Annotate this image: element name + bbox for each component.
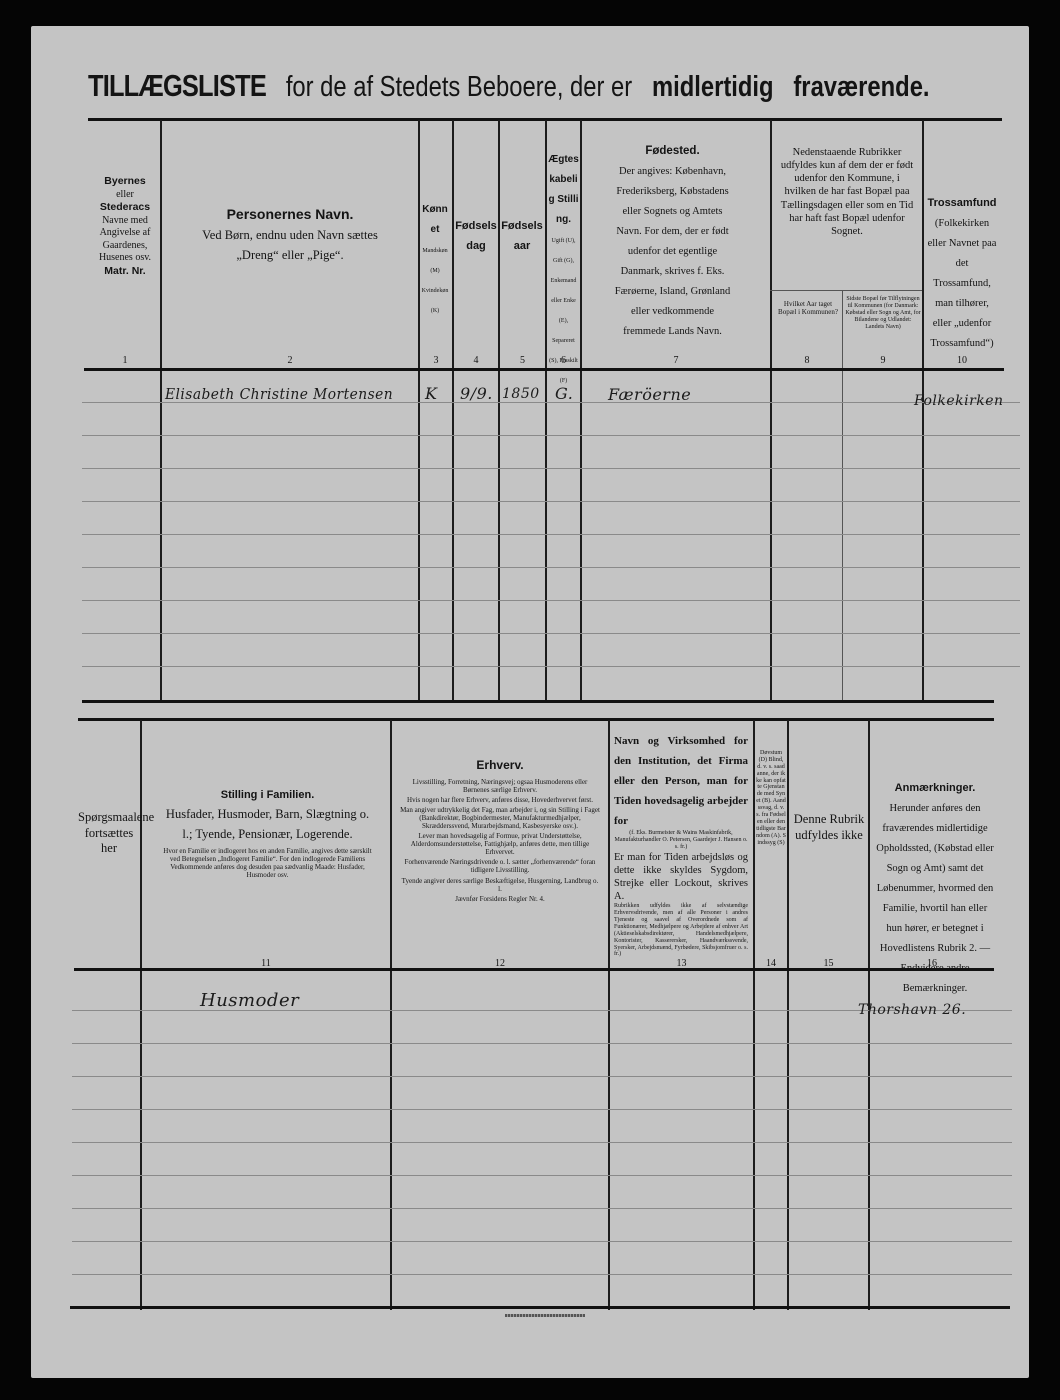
col6-header: Ægteskabelig Stilling. Ugift (U), Gift (…: [548, 148, 579, 388]
questions-continue-label: Spørgsmaalene fortsættes her: [78, 810, 140, 857]
col13-header: Navn og Virksomhed for den Institution, …: [614, 730, 748, 958]
title-bold-fravaerende: fraværende.: [793, 71, 929, 103]
row-line: [82, 600, 1020, 601]
group-8-9-divider: [770, 290, 922, 291]
col7-header: Fødested. Der angives: København, Freder…: [610, 140, 735, 340]
col8-header: Hvilket Aar taget Bopæl i Kommunen?: [776, 300, 840, 316]
col-number: 9: [844, 355, 922, 366]
col-divider: [608, 720, 610, 1310]
row-line: [82, 501, 1020, 502]
col-divider: [922, 120, 924, 700]
entry-family-position: Husmoder: [200, 990, 299, 1011]
col-divider: [160, 120, 162, 700]
col5-header: Fødselsaar: [501, 215, 543, 255]
row-line: [72, 1109, 1012, 1110]
col-number: 2: [162, 355, 418, 366]
col10-header: Trossamfund (Folkekirken eller Navnet pa…: [926, 192, 998, 352]
col-number: 10: [924, 355, 1000, 366]
row-line: [72, 1208, 1012, 1209]
row-line: [82, 666, 1020, 667]
row-line: [82, 435, 1020, 436]
col12-header: Erhverv. Livsstilling, Forretning, Nærin…: [400, 755, 600, 903]
row-line: [72, 1274, 1012, 1275]
title-middle: for de af Stedets Beboere, der er: [286, 71, 632, 103]
col-divider: [770, 120, 772, 700]
col14-header: Døvstum (D) Blind, d. v. s. saadanne, de…: [756, 750, 786, 846]
printer-mark: [505, 1314, 585, 1317]
row-line: [72, 1043, 1012, 1044]
col-divider: [498, 120, 500, 700]
col-divider: [580, 120, 582, 700]
col-divider: [545, 120, 547, 700]
col-number: 5: [500, 355, 545, 366]
col-number: 3: [420, 355, 452, 366]
bottom-header-rule: [74, 968, 994, 971]
entry-religion: Folkekirken: [914, 393, 1004, 409]
row-line: [72, 1142, 1012, 1143]
col-divider: [140, 720, 142, 1310]
entry-sex: K: [425, 384, 437, 403]
col-divider: [753, 720, 755, 1310]
col-divider: [452, 120, 454, 700]
top-table-bottom-rule: [82, 700, 994, 703]
col3-header: Kønnet Mandskøn (M) Kvindekøn (K): [420, 198, 450, 318]
group-8-9-header: Nedenstaaende Rubrikker udfyldes kun af …: [778, 146, 916, 238]
entry-remarks: Thorshavn 26.: [858, 1002, 966, 1018]
col11-header: Stilling i Familien. Husfader, Husmoder,…: [160, 784, 375, 879]
row-line: [72, 1175, 1012, 1176]
col2-header: Personernes Navn. Ved Børn, endnu uden N…: [180, 205, 400, 265]
form-title: TILLÆGSLISTE for de af Stedets Beboere, …: [88, 68, 842, 104]
col1-header: Byernes eller Stederacs Navne med Angive…: [92, 175, 158, 278]
title-bold-midlertidig: midlertidig: [652, 71, 774, 103]
col-number: 4: [454, 355, 498, 366]
entry-name: Elisabeth Christine Mortensen: [165, 385, 393, 403]
entry-marital-status: G.: [555, 384, 573, 403]
bottom-table-top-rule: [78, 718, 994, 721]
col-number: 1: [92, 355, 158, 366]
row-line: [72, 1241, 1012, 1242]
row-line: [82, 567, 1020, 568]
col-divider-8-9: [842, 290, 843, 700]
col-number: 6: [547, 355, 580, 366]
col-divider: [787, 720, 789, 1310]
row-line: [82, 633, 1020, 634]
col-number: 8: [772, 355, 842, 366]
bottom-table-bottom-rule: [70, 1306, 1010, 1309]
entry-birthplace: Færöerne: [608, 385, 691, 404]
row-line: [82, 468, 1020, 469]
title-lead: TILLÆGSLISTE: [88, 68, 266, 103]
row-line: [82, 534, 1020, 535]
col4-header: Fødselsdag: [455, 215, 497, 255]
col-divider: [390, 720, 392, 1310]
col9-header: Sidste Bopæl før Tilflytningen til Kommu…: [845, 296, 921, 330]
entry-birthday: 9/9.: [460, 384, 493, 403]
col-number: 7: [582, 355, 770, 366]
entry-birth-year: 1850: [502, 386, 540, 402]
col15-header: Denne Rubrik udfyldes ikke: [792, 812, 866, 843]
header-bottom-rule: [84, 368, 1004, 371]
row-line: [72, 1076, 1012, 1077]
